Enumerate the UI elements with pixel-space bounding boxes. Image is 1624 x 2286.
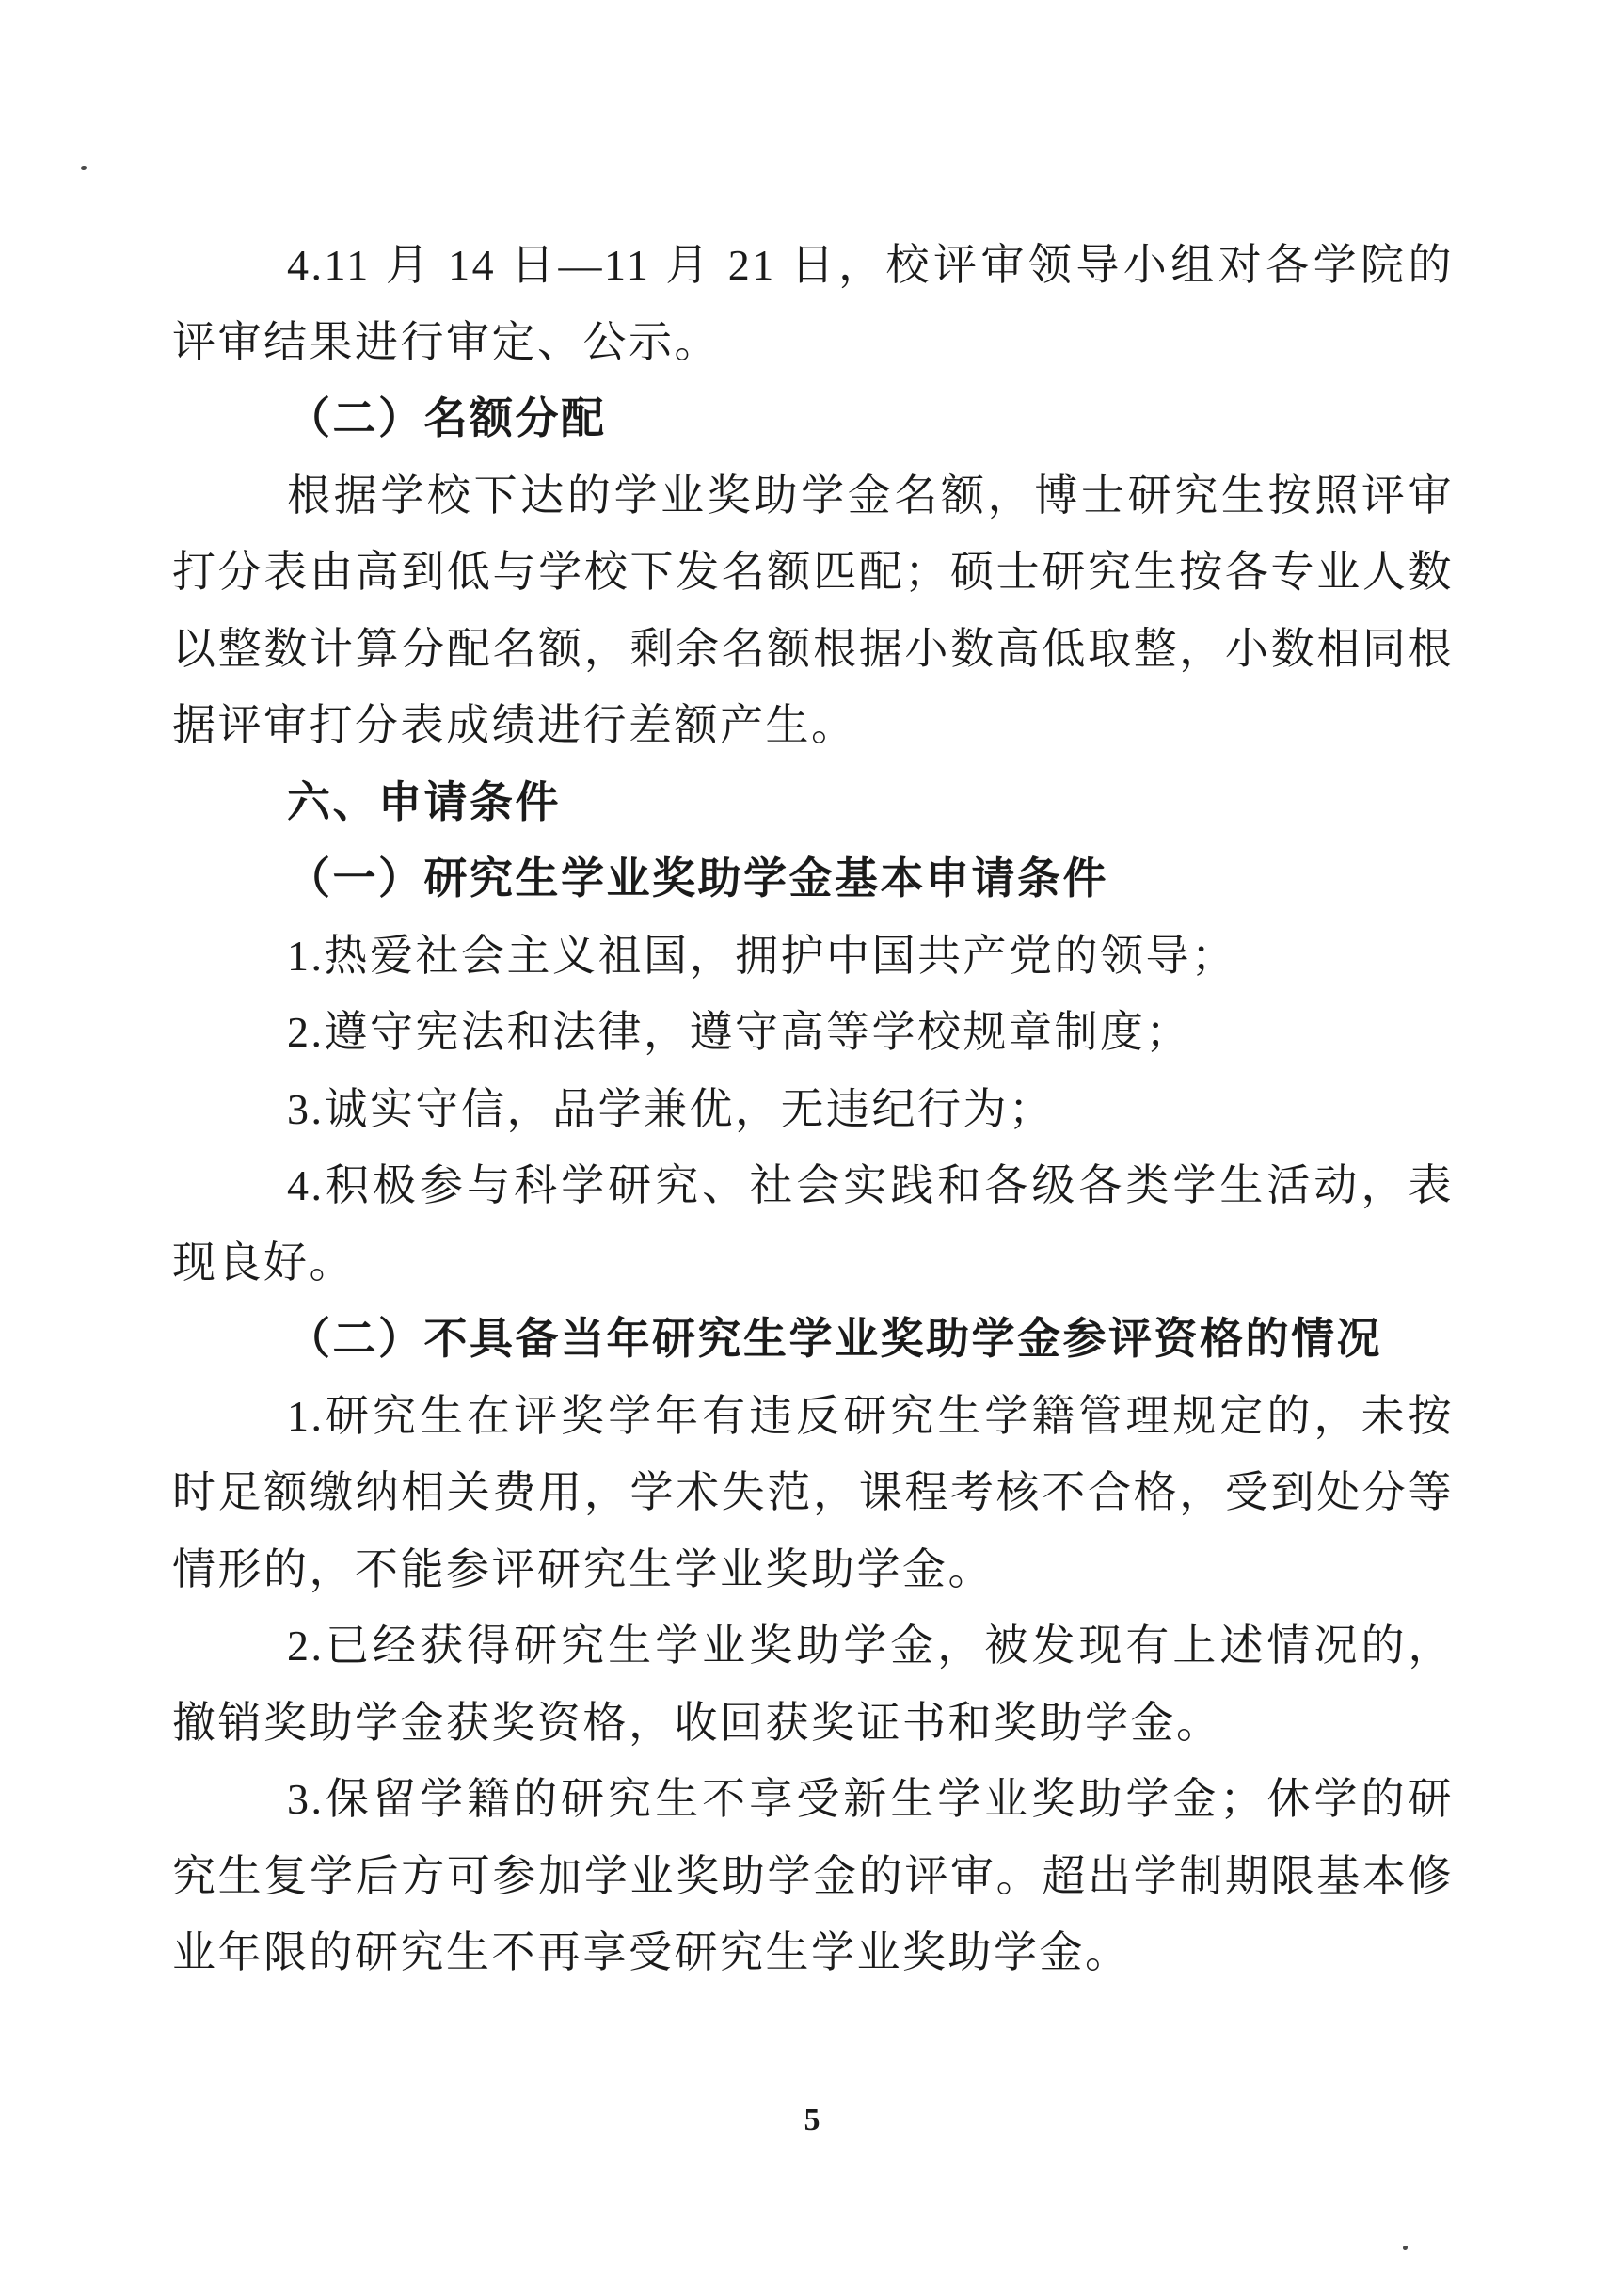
- document-page: 4.11 月 14 日—11 月 21 日，校评审领导小组对各学院的评审结果进行…: [0, 0, 1624, 2286]
- page-number: 5: [0, 2102, 1624, 2138]
- condition-item-3: 3.诚实守信，品学兼优，无违纪行为；: [172, 1071, 1454, 1148]
- paragraph-quota-allocation: 根据学校下达的学业奖助学金名额，博士研究生按照评审打分表由高到低与学校下发名额匹…: [172, 457, 1454, 764]
- document-body: 4.11 月 14 日—11 月 21 日，校评审领导小组对各学院的评审结果进行…: [172, 227, 1454, 1991]
- heading-application-conditions: 六、申请条件: [172, 764, 1454, 841]
- scan-speck-bottom-right: [1403, 2246, 1408, 2250]
- ineligibility-item-2: 2.已经获得研究生学业奖助学金，被发现有上述情况的，撤销奖助学金获奖资格，收回获…: [172, 1607, 1454, 1761]
- ineligibility-item-3: 3.保留学籍的研究生不享受新生学业奖助学金；休学的研究生复学后方可参加学业奖助学…: [172, 1761, 1454, 1991]
- heading-basic-conditions: （一）研究生学业奖助学金基本申请条件: [172, 840, 1454, 918]
- heading-quota-allocation: （二）名额分配: [172, 380, 1454, 457]
- condition-item-4: 4.积极参与科学研究、社会实践和各级各类学生活动，表现良好。: [172, 1147, 1454, 1301]
- scan-speck-top-left: [81, 166, 87, 170]
- heading-ineligibility-cases: （二）不具备当年研究生学业奖助学金参评资格的情况: [172, 1301, 1454, 1378]
- condition-item-2: 2.遵守宪法和法律，遵守高等学校规章制度；: [172, 994, 1454, 1071]
- paragraph-review-schedule: 4.11 月 14 日—11 月 21 日，校评审领导小组对各学院的评审结果进行…: [172, 227, 1454, 380]
- condition-item-1: 1.热爱社会主义祖国，拥护中国共产党的领导；: [172, 918, 1454, 995]
- ineligibility-item-1: 1.研究生在评奖学年有违反研究生学籍管理规定的，未按时足额缴纳相关费用，学术失范…: [172, 1378, 1454, 1608]
